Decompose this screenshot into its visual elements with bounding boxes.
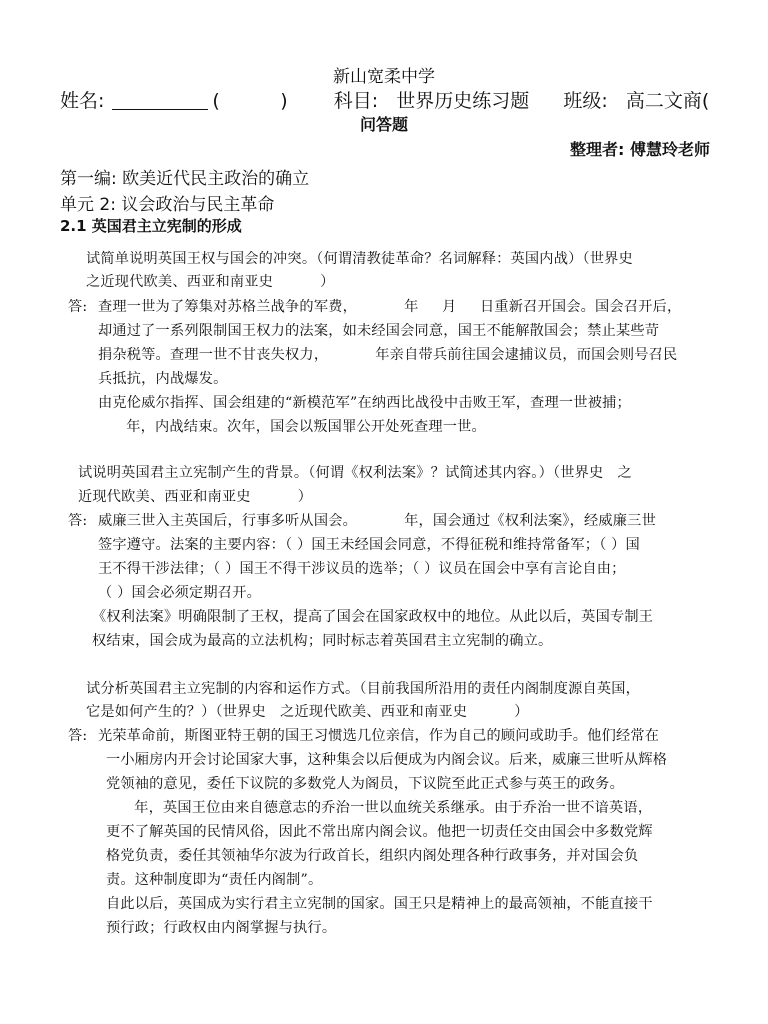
answer-text: 一小厢房内开会讨论国家大事，这种集会以后便成为内阁会议。后来，威廉三世听从辉格 — [106, 749, 667, 769]
question-text: 试分析英国君主立宪制的内容和运作方式。（目前我国所沿用的责任内阁制度源自英国， — [86, 678, 640, 698]
answer-text: 由克伦威尔指挥、国会组建的“新模范军”在纳西比战役中击败王军，查理一世被捕； — [98, 392, 631, 412]
answer-text: 威廉三世入主英国后，行事多听从国会。 年，国会通过《权利法案》，经威廉三世 — [98, 510, 656, 530]
school-name: 新山宽柔中学 — [0, 62, 768, 87]
answer-text: 预行政；行政权由内阁掌握与执行。 — [106, 917, 336, 937]
answer-text: 自此以后，英国成为实行君主立宪制的国家。国王只是精神上的最高领袖，不能直接干 — [106, 893, 653, 913]
answer-text: 兵抵抗，内战爆发。 — [98, 368, 228, 388]
answer-text: 责。这种制度即为“责任内阁制”。 — [106, 869, 322, 889]
answer-text: （ ）国会必须定期召开。 — [98, 582, 261, 602]
class-label: 班级: — [563, 86, 607, 113]
question-text: 试简单说明英国王权与国会的冲突。（何谓清教徒革命？名词解释：英国内战）（世界史 — [86, 248, 633, 268]
answer-text: 格党负责，委任其领袖华尔波为行政首长，组织内阁处理各种行政事务，并对国会负 — [106, 845, 638, 865]
answer-text: 却通过了一系列限制国王权力的法案，如未经国会同意，国王不能解散国会；禁止某些苛 — [98, 320, 659, 340]
compiler-credit: 整理者: 傅慧玲老师 — [570, 137, 710, 160]
subject-value: 世界历史练习题 — [396, 86, 529, 113]
name-label: 姓名: — [60, 86, 104, 113]
class-value: 高二文商( ) — [626, 86, 768, 113]
answer-label: 答: — [68, 725, 87, 745]
worksheet-page: 新山宽柔中学 姓名:( ) 科目: 世界历史练习题 班级: 高二文商( ) 问答… — [0, 0, 768, 1024]
answer-text: 查理一世为了筹集对苏格兰战争的军费， 年 月 日重新召开国会。国会召开后， — [98, 296, 681, 316]
answer-text: 年，内战结束。次年，国会以叛国罪公开处死查理一世。 — [98, 416, 486, 436]
question-text: 它是如何产生的？）（世界史 之近现代欧美、西亚和南亚史 ） — [86, 701, 529, 721]
answer-text: 《权利法案》明确限制了王权，提高了国会在国家政权中的地位。从此以后，英国专制王 — [92, 606, 653, 626]
question-text: 试说明英国君主立宪制产生的背景。（何谓《权利法案》？试简述其内容。）（世界史 之 — [78, 462, 632, 482]
answer-text: 党领袖的意见，委任下议院的多数党人为阁员，下议院至此正式参与英王的政务。 — [106, 773, 624, 793]
section-heading: 2.1 英国君主立宪制的形成 — [60, 215, 242, 236]
answer-text: 王不得干涉法律；（ ）国王不得干涉议员的选举；（ ）议员在国会中享有言论自由； — [98, 558, 626, 578]
answer-text: 更不了解英国的民情风俗，因此不常出席内阁会议。他把一切责任交由国会中多数党辉 — [106, 821, 653, 841]
document-type: 问答题 — [0, 112, 768, 135]
student-info-row: 姓名:( ) 科目: 世界历史练习题 班级: 高二文商( ) — [60, 86, 768, 113]
subject-label: 科目: — [334, 86, 378, 113]
unit-heading: 单元 2: 议会政治与民主革命 — [60, 190, 274, 215]
answer-text: 光荣革命前，斯图亚特王朝的国王习惯选几位亲信，作为自己的顾问或助手。他们经常在 — [98, 725, 659, 745]
name-field[interactable] — [112, 91, 208, 110]
answer-label: 答: — [68, 510, 87, 530]
answer-text: 权结束，国会成为最高的立法机构；同时标志着英国君主立宪制的确立。 — [92, 630, 552, 650]
answer-text: 签字遵守。法案的主要内容：（ ）国王未经国会同意，不得征税和维持常备军；（ ）国 — [98, 534, 640, 554]
question-text: 之近现代欧美、西亚和南亚史 ） — [86, 271, 335, 291]
name-paren: ( ) — [212, 90, 287, 112]
part-heading: 第一编: 欧美近代民主政治的确立 — [60, 164, 309, 189]
question-text: 近现代欧美、西亚和南亚史 ） — [78, 486, 312, 506]
answer-text: 捐杂税等。查理一世不甘丧失权力， 年亲自带兵前往国会逮捕议员，而国会则号召民 — [98, 344, 677, 364]
answer-text: 年，英国王位由来自德意志的乔治一世以血统关系继承。由于乔治一世不谙英语， — [106, 797, 652, 817]
answer-label: 答: — [68, 296, 87, 316]
